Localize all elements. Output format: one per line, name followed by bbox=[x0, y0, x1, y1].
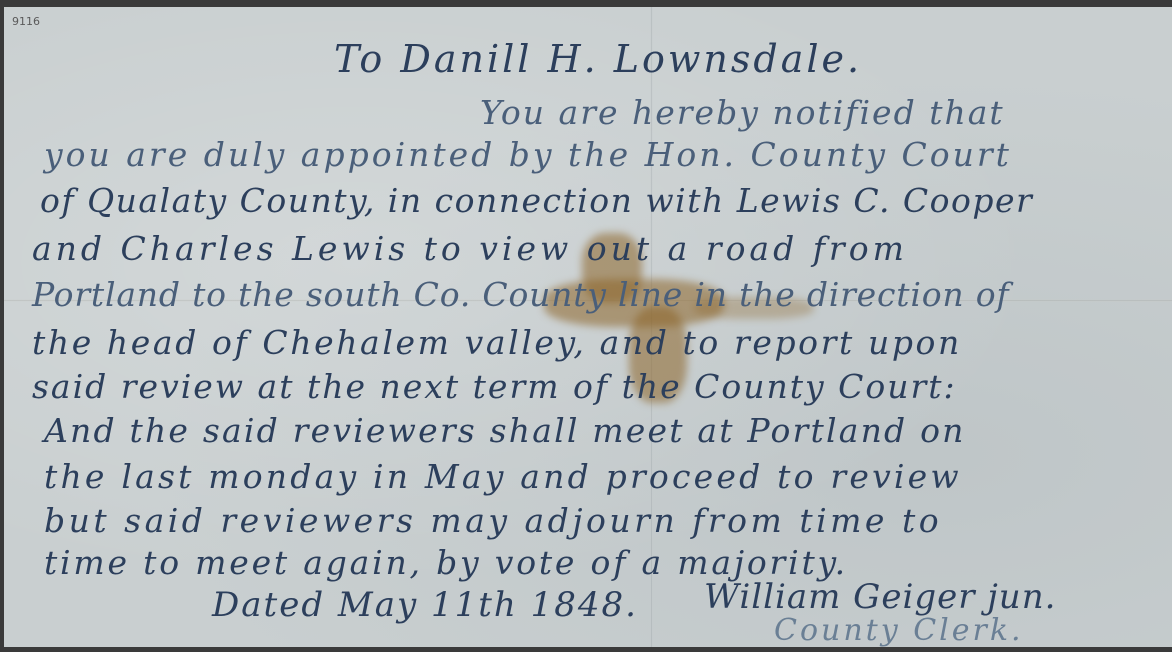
signature: William Geiger jun. bbox=[704, 577, 1056, 617]
body-line: the head of Chehalem valley, and to repo… bbox=[32, 323, 962, 362]
date-line: Dated May 11th 1848. bbox=[212, 585, 638, 625]
archive-number: 9116 bbox=[12, 15, 40, 28]
body-line: You are hereby notified that bbox=[480, 93, 1005, 132]
body-line: the last monday in May and proceed to re… bbox=[44, 457, 962, 496]
body-line: Portland to the south Co. County line in… bbox=[32, 275, 1009, 314]
body-line: and Charles Lewis to view out a road fro… bbox=[32, 229, 908, 268]
letter-page: 9116 To Danill H. Lownsdale. You are her… bbox=[4, 7, 1172, 647]
signature-title: County Clerk. bbox=[774, 613, 1024, 647]
body-line: you are duly appointed by the Hon. Count… bbox=[44, 135, 1012, 174]
body-line: of Qualaty County, in connection with Le… bbox=[40, 181, 1033, 220]
body-line: said review at the next term of the Coun… bbox=[32, 367, 957, 406]
body-line: but said reviewers may adjourn from time… bbox=[44, 501, 942, 540]
salutation: To Danill H. Lownsdale. bbox=[334, 37, 862, 81]
body-line: And the said reviewers shall meet at Por… bbox=[44, 411, 966, 450]
